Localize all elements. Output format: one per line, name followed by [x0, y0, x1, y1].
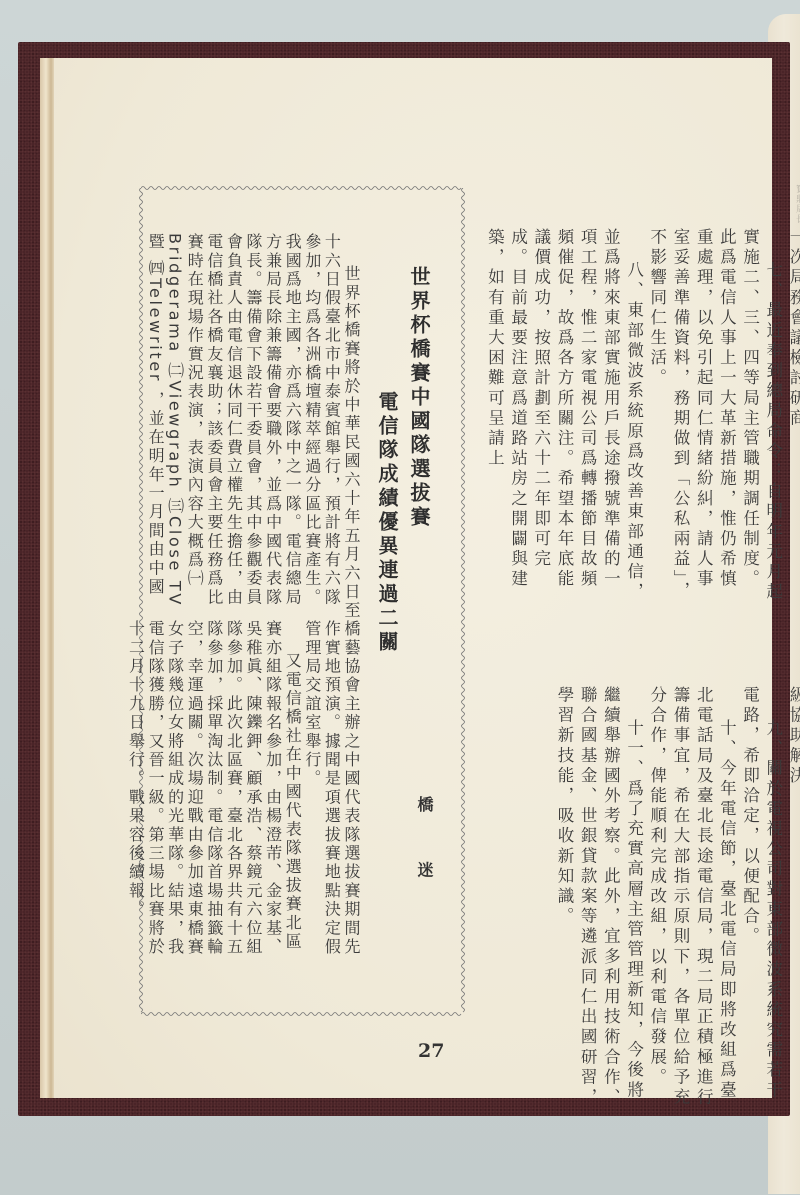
paragraph: 八、東部微波系統原爲改善東部通信，並爲將來東部實施用戶長途撥號準備的一項工程，惟…: [483, 228, 645, 608]
wavy-border-bottom: [141, 1011, 463, 1017]
article-body-part1: 世界杯橋賽將於中華民國六十年五月六日至十六日假臺北市中泰賓館舉行，預計將有六隊參…: [155, 233, 361, 623]
paragraph: 十一、爲了充實高層主管管理新知，今後將繼續舉辦國外考察。此外，宜多利用技術合作、…: [553, 686, 646, 1116]
paragraph: 九、關於電視公司對東部微波系統究需若干電路，希即洽定，以便配合。: [738, 686, 784, 1116]
article-title: 世界杯橋賽中國隊選拔賽: [405, 266, 434, 530]
paragraph: 一次局務會議檢討研商。: [785, 228, 800, 608]
paragraph: 十、今年電信節，臺北電信局即將改組爲臺北電話局及臺北長途電信局，現二局正積極進行…: [646, 686, 739, 1116]
article-body-part2: 橋藝協會主辦之中國代表隊選拔賽期間先作實地預演。據聞是項選拔賽地點決定假管理局交…: [155, 620, 361, 960]
wavy-border-right: [460, 188, 466, 1014]
article-box: 世界杯橋賽中國隊選拔賽 電信隊成績優異連過二關 世界杯橋賽將於中華民國六十年五月…: [140, 187, 464, 1015]
right-text-bottom: 級協助解決。 九、關於電視公司對東部微波系統究需若干電路，希即洽定，以便配合。 …: [538, 686, 800, 1116]
article-subtitle: 電信隊成績優異連過二關: [373, 391, 402, 655]
paragraph: 世界杯橋賽將於中華民國六十年五月六日至十六日假臺北市中泰賓館舉行，預計將有六隊參…: [145, 233, 361, 623]
right-text-top: 一次局務會議檢討研商。 七、最近奉到總局命令：自明年元月起實施二、三、四等局主管…: [528, 228, 800, 608]
article-byline: 橋 迷: [413, 796, 436, 900]
paragraph: 七、最近奉到總局命令：自明年元月起實施二、三、四等局主管職期調任制度。此爲電信人…: [646, 228, 785, 608]
book-page: 一次局務會議檢討研商。 七、最近奉到總局命令：自明年元月起實施二、三、四等局主管…: [54, 58, 772, 1098]
paragraph: 又電信橋社在中國代表隊選拔賽北區賽亦組隊報名參加，由楊澄芾、金家基、吳稚眞、陳鑠…: [126, 620, 302, 960]
page-number: 27: [418, 1040, 444, 1062]
wavy-border-top: [141, 185, 463, 191]
paragraph: 級協助解決。: [785, 686, 800, 1116]
paragraph: 橋藝協會主辦之中國代表隊選拔賽期間先作實地預演。據聞是項選拔賽地點決定假管理局交…: [302, 620, 361, 960]
